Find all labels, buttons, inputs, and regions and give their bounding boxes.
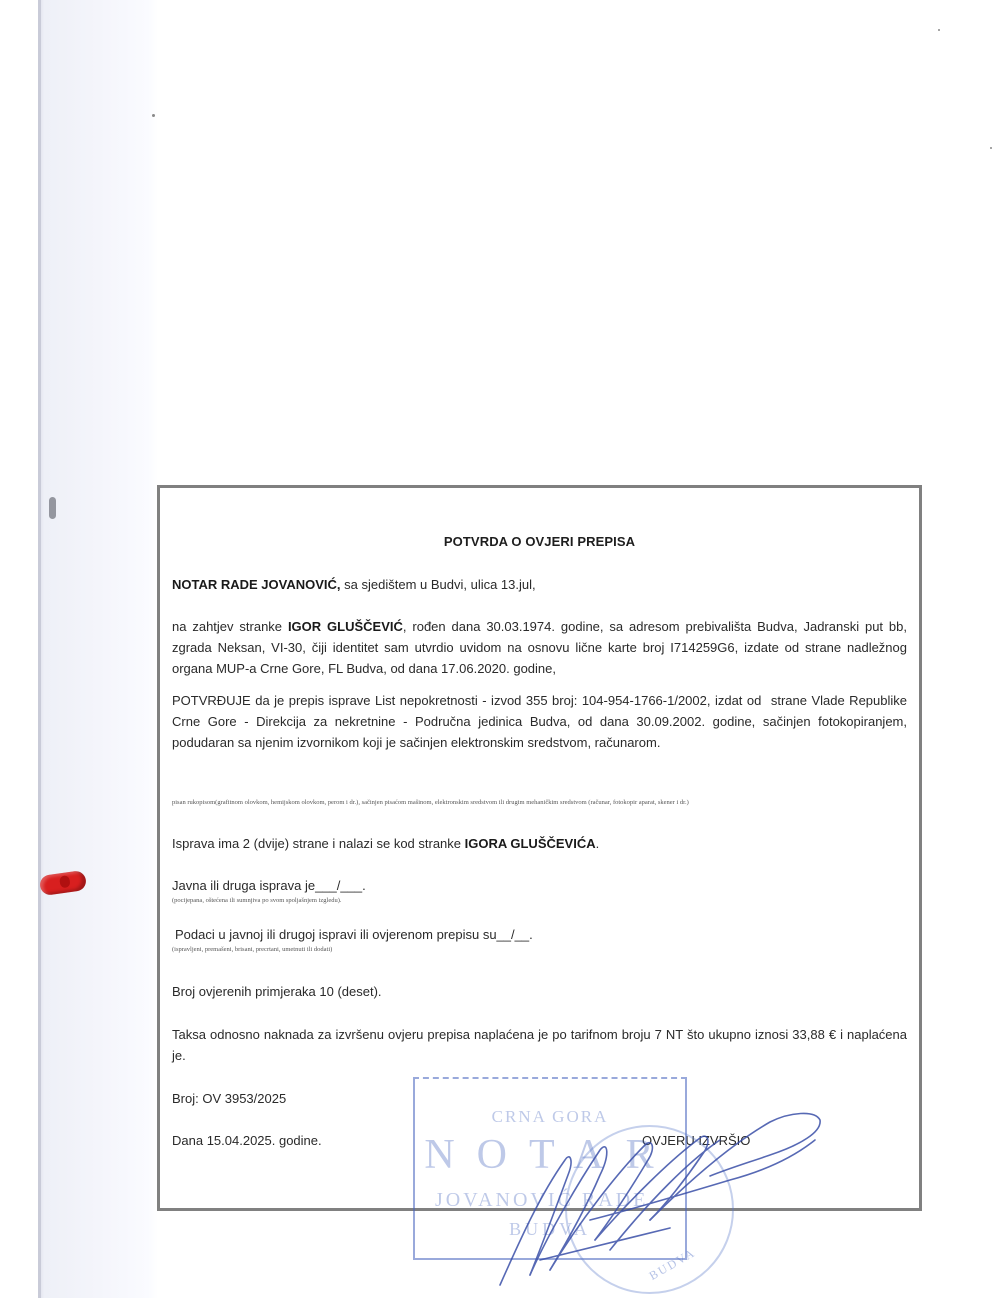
request-prefix: na zahtjev stranke [172,619,288,634]
pages-suffix: . [596,836,600,851]
page-binding-shadow [38,0,158,1298]
stamp-city: BUDVA [415,1219,685,1240]
notary-seat: sa sjedištem u Budvi, ulica 13.jul, [341,577,536,592]
document-title: POTVRDA O OVJERI PREPISA [160,534,919,549]
scan-speck [990,147,992,149]
public-document-fine-print: (pocijepana, oštećena ili sumnjiva po sv… [172,896,905,905]
copies-count: Broj ovjerenih primjeraka 10 (deset). [172,981,907,1002]
round-seal-text: BUDVA [647,1245,699,1284]
data-statement: Podaci u javnoj ili drugoj ispravi ili o… [175,924,907,945]
scan-speck [938,29,940,31]
certified-by-label: OVJERU IZVRŠIO [642,1130,750,1151]
pages-text: Isprava ima 2 (dvije) strane i nalazi se… [172,836,465,851]
scan-speck [152,114,155,117]
confirmation-paragraph: POTVRĐUJE da je prepis isprave List nepo… [172,690,907,753]
client-name: IGOR GLUŠČEVIĆ [288,619,403,634]
public-document-statement: Javna ili druga isprava je___/___. [172,875,907,896]
pages-client-name: IGORA GLUŠČEVIĆA [465,836,596,851]
document-date: Dana 15.04.2025. godine. [172,1130,907,1151]
binding-mark [49,497,56,519]
page-edge [38,0,41,1298]
notary-line: NOTAR RADE JOVANOVIĆ, sa sjedištem u Bud… [172,574,907,595]
certification-box: POTVRDA O OVJERI PREPISA NOTAR RADE JOVA… [157,485,922,1211]
fee-statement: Taksa odnosno naknada za izvršenu ovjeru… [172,1024,907,1066]
document-number: Broj: OV 3953/2025 [172,1088,907,1109]
pages-statement: Isprava ima 2 (dvije) strane i nalazi se… [172,833,907,854]
confirmation-line1: POTVRĐUJE da je prepis isprave List nepo… [172,693,761,708]
data-statement-fine-print: (ispravljeni, premašeni, brisani, precrt… [172,945,905,954]
fine-print-method: pisan rukopisom(grafitnom olovkom, hemij… [172,798,905,807]
notary-name: NOTAR RADE JOVANOVIĆ, [172,577,341,592]
request-paragraph: na zahtjev stranke IGOR GLUŠČEVIĆ, rođen… [172,616,907,679]
